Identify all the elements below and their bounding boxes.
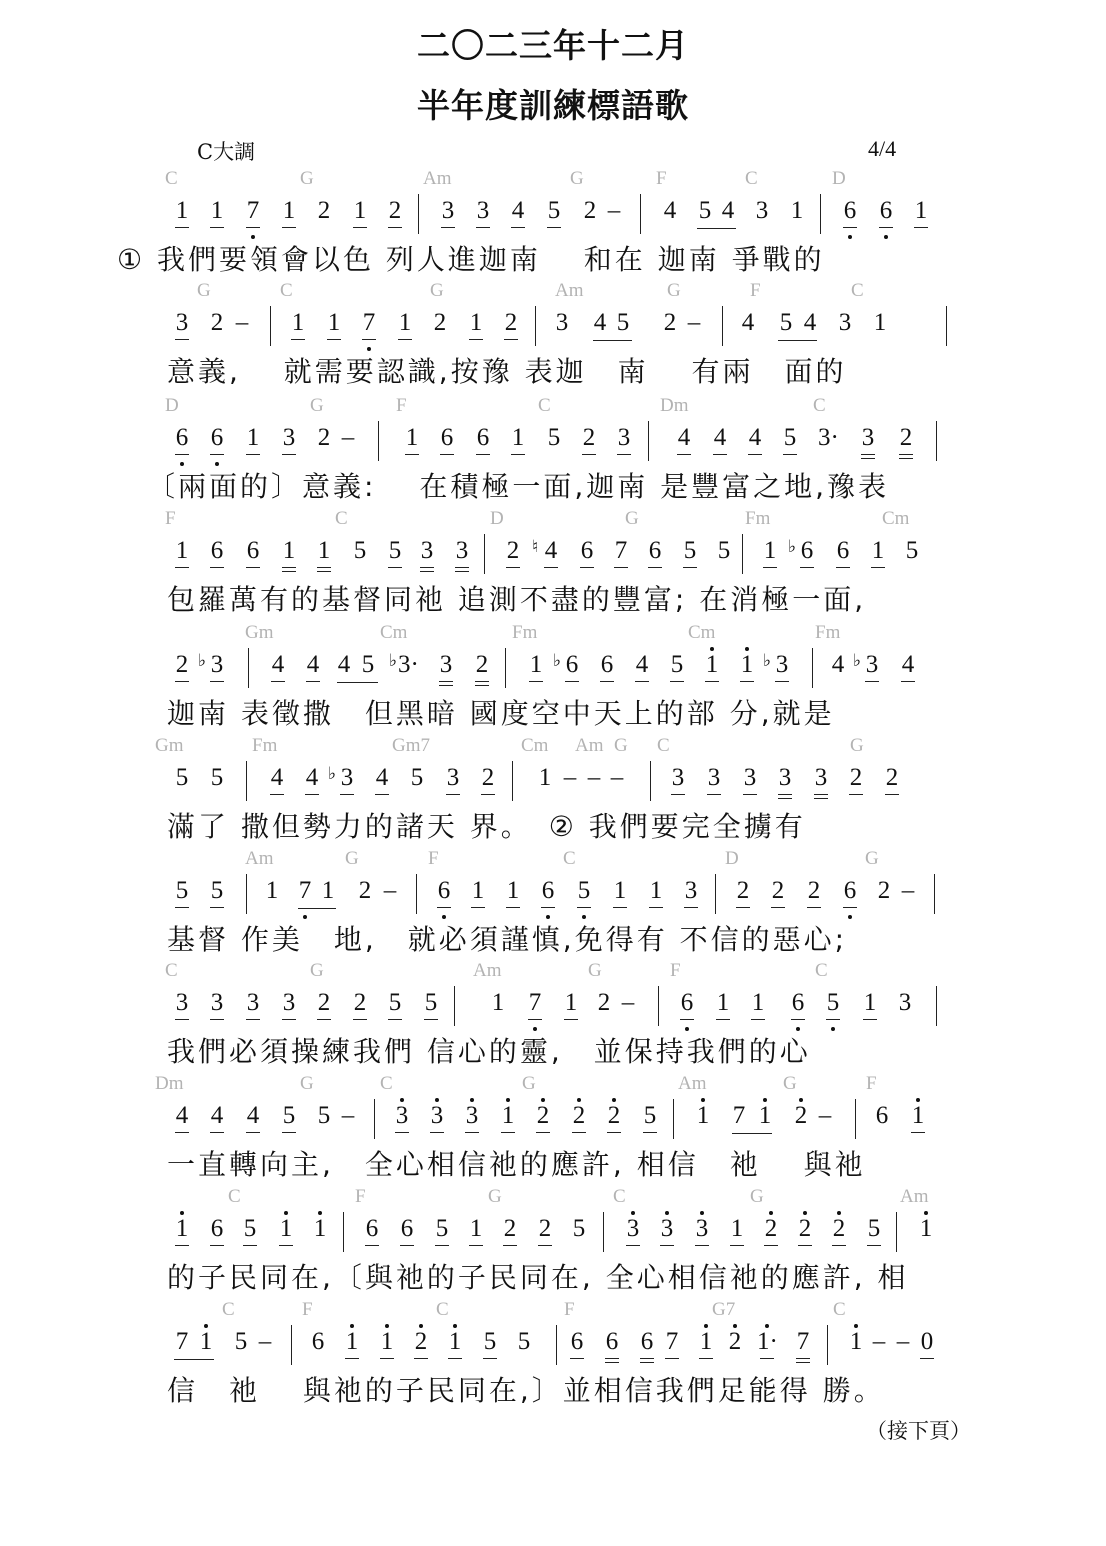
chord-symbol: C <box>745 168 758 190</box>
underline-eighth <box>210 454 224 455</box>
score-system: GCGAmGFC32–11712123452–45431意義, 就需要認識,按豫… <box>0 280 1106 393</box>
underline-sixteenth <box>814 798 828 799</box>
note: 3 <box>243 988 263 1028</box>
note-number: 2 <box>850 764 863 791</box>
chord-symbol: Cm <box>380 622 407 644</box>
note-number: 5 <box>784 424 797 451</box>
chord-symbol: D <box>832 168 846 190</box>
note-number: 3 <box>661 1215 674 1242</box>
note: 3 <box>858 423 878 463</box>
underline-eighth <box>843 227 857 228</box>
high-octave-dot <box>733 1324 737 1328</box>
underline-eighth <box>405 454 419 455</box>
high-octave-dot <box>612 1098 616 1102</box>
note: 3 <box>740 763 760 803</box>
song-title: 半年度訓練標語歌 <box>0 80 1106 127</box>
high-octave-dot <box>180 1211 184 1215</box>
note-number: 7 <box>797 1328 810 1355</box>
note-number: 1 <box>706 651 719 678</box>
underline-eighth <box>175 1019 189 1020</box>
underline-eighth <box>778 794 792 795</box>
note-number: 5 <box>518 1328 531 1355</box>
note: 7 <box>525 988 545 1028</box>
note: 5 <box>480 1327 500 1367</box>
underline-eighth <box>865 681 879 682</box>
underline-eighth <box>448 1358 462 1359</box>
note-number: 4 <box>545 537 558 564</box>
high-octave-dot <box>765 1324 769 1328</box>
note: 2 <box>733 876 753 916</box>
note-number: 5 <box>684 537 697 564</box>
underline-eighth <box>365 1245 379 1246</box>
underline-eighth <box>716 1019 730 1020</box>
note-number: 2 <box>359 877 372 904</box>
note: 3♭ <box>862 650 882 690</box>
high-octave-dot <box>631 1211 635 1215</box>
note-number: 4 <box>722 197 735 224</box>
barline <box>936 421 937 461</box>
note-number: 5 <box>671 651 684 678</box>
note-number: – <box>564 764 577 791</box>
note-number: 1 <box>472 877 485 904</box>
note-number: 1 <box>539 764 552 791</box>
lyric-line: 滿了 撒但勢力的諸天 界。 ② 我們要完全擄有 <box>167 805 806 845</box>
note: 2 <box>500 1214 520 1254</box>
note: 1 <box>713 988 733 1028</box>
note: 5 <box>864 1214 884 1254</box>
underline-eighth <box>340 794 354 795</box>
chord-symbol: C <box>165 168 178 190</box>
underline-eighth <box>617 454 631 455</box>
chord-symbol: G <box>588 960 602 982</box>
underline-eighth <box>570 1358 584 1359</box>
dash-extension: – <box>338 423 358 463</box>
key-signature: C大調 <box>197 136 255 166</box>
note-number: 2 <box>537 1102 550 1129</box>
note-number: 1 <box>292 309 305 336</box>
note-number: 2 <box>415 1328 428 1355</box>
note-number: 1 <box>200 1328 213 1355</box>
note: 3 <box>692 1214 712 1254</box>
score-system: AmGFCDG551712–6116511322262–基督 作美 地, 就必須… <box>0 848 1106 961</box>
barline <box>648 421 649 461</box>
note: 2 <box>761 1214 781 1254</box>
underline-eighth <box>582 454 596 455</box>
note-number: 6 <box>312 1328 325 1355</box>
note: 5 <box>172 763 192 803</box>
chord-symbol: G <box>310 395 324 417</box>
note: 4 <box>268 650 288 690</box>
time-signature: 4/4 <box>868 136 896 162</box>
note-number: – <box>819 1102 832 1129</box>
note-number: 5 <box>906 537 919 564</box>
note: 6 <box>577 536 597 576</box>
note: 3 <box>436 650 456 690</box>
note: 1 <box>466 308 486 348</box>
chord-symbol: Am <box>245 848 274 870</box>
note-number: 2 <box>504 1215 517 1242</box>
note-number: 6 <box>649 537 662 564</box>
low-octave-dot <box>884 235 888 239</box>
note-number: 5 <box>718 537 731 564</box>
flat-sign: ♭ <box>853 646 861 676</box>
note-number: 1 <box>791 197 804 224</box>
note: 4 <box>738 308 758 348</box>
note: 2 <box>846 763 866 803</box>
note: 5 <box>823 988 843 1028</box>
underline-eighth <box>353 1019 367 1020</box>
underline-eighth <box>670 681 684 682</box>
note-number: 6 <box>837 537 850 564</box>
note: 6 <box>207 1214 227 1254</box>
underline-eighth <box>398 339 412 340</box>
note: 3♭ <box>337 763 357 803</box>
note: 4 <box>372 763 392 803</box>
barline <box>820 194 821 234</box>
barline <box>484 534 485 574</box>
chord-symbol: G <box>850 735 864 757</box>
note: 4 <box>898 650 918 690</box>
note: 4 <box>508 196 528 236</box>
note: 3 <box>443 763 463 803</box>
note-number: 2 <box>664 309 677 336</box>
note-number: 5 <box>436 1215 449 1242</box>
note: 6 <box>637 1327 657 1367</box>
underline-eighth <box>911 1132 925 1133</box>
high-octave-dot <box>204 1324 208 1328</box>
note: 1 <box>908 1101 928 1141</box>
note-number: 5 <box>176 764 189 791</box>
underline-eighth <box>836 567 850 568</box>
note: 2 <box>535 1214 555 1254</box>
underline-eighth <box>282 227 296 228</box>
note: 6 <box>538 876 558 916</box>
note: 4 <box>660 196 680 236</box>
chord-symbol: Gm7 <box>392 735 430 757</box>
underline-eighth <box>740 681 754 682</box>
lyric-line: 〔兩面的〕意義: 在積極一面,迦南 是豐富之地,豫表 <box>147 465 889 505</box>
underline-eighth <box>901 681 915 682</box>
note-number: – <box>897 1328 910 1355</box>
chord-symbol: C <box>613 1186 626 1208</box>
lyric-line: 迦南 表徵撒 但黑暗 國度空中天上的部 分,就是 <box>167 692 835 732</box>
note-number: 2 <box>507 537 520 564</box>
chord-symbol: F <box>355 1186 366 1208</box>
note-number: 3 <box>862 424 875 451</box>
underline-eighth <box>648 567 662 568</box>
note: 6 <box>172 423 192 463</box>
note-number: 2 <box>808 877 821 904</box>
note: 1 <box>488 988 508 1028</box>
underline-eighth <box>380 1358 394 1359</box>
underline-eighth <box>849 794 863 795</box>
note: 1 <box>693 1101 713 1141</box>
note-number: 6 <box>401 1215 414 1242</box>
underline-eighth <box>832 1245 846 1246</box>
note: 5 <box>172 876 192 916</box>
underline-eighth <box>476 454 490 455</box>
note: 3 <box>681 876 701 916</box>
note: 6♭ <box>562 650 582 690</box>
dash-extension: – <box>607 763 627 803</box>
chord-symbol: G <box>197 280 211 302</box>
underline-eighth <box>506 567 520 568</box>
note: 1 <box>526 650 546 690</box>
note-number: 5 <box>548 197 561 224</box>
note-number: 3 <box>708 764 721 791</box>
note: 4 <box>674 423 694 463</box>
barline <box>416 874 417 914</box>
note-number: – <box>611 764 624 791</box>
barline <box>715 874 716 914</box>
underline-eighth <box>353 227 367 228</box>
note-number: 3 <box>477 197 490 224</box>
underline-eighth <box>175 1132 189 1133</box>
barline <box>640 194 641 234</box>
note: 1 <box>737 650 757 690</box>
underline-eighth <box>469 1245 483 1246</box>
note-number: 4 <box>832 651 845 678</box>
note-number: 7 <box>529 989 542 1016</box>
underline-eighth <box>430 1132 444 1133</box>
chord-symbol: Fm <box>815 622 840 644</box>
note-number: 2 <box>795 1102 808 1129</box>
note-number: 5 <box>573 1215 586 1242</box>
underline-eighth <box>564 1019 578 1020</box>
note-number: 2 <box>799 1215 812 1242</box>
note: 1 <box>288 308 308 348</box>
note-number: 1 <box>176 197 189 224</box>
barline <box>246 761 247 801</box>
note: 2 <box>350 988 370 1028</box>
underline-eighth <box>210 1245 224 1246</box>
underline-eighth <box>210 567 224 568</box>
note-number: 1 <box>920 1215 933 1242</box>
underline-eighth <box>640 1358 654 1359</box>
note-number: 7 <box>615 537 628 564</box>
underline-eighth <box>643 1132 657 1133</box>
underline-eighth <box>748 454 762 455</box>
note: 6 <box>645 536 665 576</box>
lyric-line: 基督 作美 地, 就必須謹慎,免得有 不信的惡心; <box>167 918 847 958</box>
note: 5 <box>613 308 633 348</box>
note: 4 <box>334 650 354 690</box>
score-system: GmFmGm7CmAmGCG55443♭45321–––3333322滿了 撒但… <box>0 735 1106 848</box>
lyric-line: 信 祂 與祂的子民同在,〕並相信我們足能得 勝。 <box>167 1369 885 1409</box>
note: 1 <box>760 536 780 576</box>
note-number: 5 <box>548 424 561 451</box>
barline <box>556 1325 557 1365</box>
note-number: 3 <box>779 764 792 791</box>
note: 3 <box>172 988 192 1028</box>
chord-symbol: G <box>614 735 628 757</box>
beam-line <box>298 908 336 909</box>
note: 2 <box>804 876 824 916</box>
note-number: 6 <box>876 1102 889 1129</box>
underline-eighth <box>707 794 721 795</box>
flat-sign: ♭ <box>553 646 561 676</box>
note: 1 <box>860 988 880 1028</box>
underline-eighth <box>282 1019 296 1020</box>
lyric-line: 一直轉向主, 全心相信祂的應許, 相信 祂 與祂 <box>167 1143 866 1183</box>
underline-eighth <box>899 454 913 455</box>
note: 1 <box>445 1327 465 1367</box>
note-number: 6 <box>247 537 260 564</box>
note-number: 4 <box>211 1102 224 1129</box>
note-number: – <box>902 877 915 904</box>
flat-sign: ♭ <box>788 532 796 562</box>
note-number: 2 <box>505 309 518 336</box>
note: 1 <box>342 1327 362 1367</box>
note-number: 5 <box>176 877 189 904</box>
note: 6 <box>788 988 808 1028</box>
underline-eighth <box>580 567 594 568</box>
note: 6 <box>597 650 617 690</box>
note: 1 <box>561 988 581 1028</box>
underline-eighth <box>282 1132 296 1133</box>
underline-eighth <box>246 1132 260 1133</box>
note-number: 1 <box>176 1215 189 1242</box>
underline-eighth <box>395 1132 409 1133</box>
note-number: 1 <box>283 197 296 224</box>
underline-eighth <box>796 1358 810 1359</box>
note-number: – <box>259 1328 272 1355</box>
note-number: 4 <box>247 1102 260 1129</box>
note: 3 <box>427 1101 447 1141</box>
note: 5 <box>421 988 441 1028</box>
beam-line <box>337 682 378 683</box>
underline-eighth <box>920 1358 934 1359</box>
note-number: 6 <box>601 651 614 678</box>
note-number: 5 <box>484 1328 497 1355</box>
note-number: 1 <box>211 197 224 224</box>
underline-sixteenth <box>317 571 331 572</box>
note: 5 <box>902 536 922 576</box>
note-number: 1 <box>700 1328 713 1355</box>
note: 3 <box>704 763 724 803</box>
chord-symbol: D <box>165 395 179 417</box>
note-number: 3 <box>176 309 189 336</box>
underline-eighth <box>270 794 284 795</box>
note-number: 4 <box>271 764 284 791</box>
note-number: 1 <box>507 877 520 904</box>
note: 5 <box>714 536 734 576</box>
note: 7 <box>729 1101 749 1141</box>
note: 3 <box>895 988 915 1028</box>
note: 5 <box>407 763 427 803</box>
note-number: 3 <box>839 309 852 336</box>
underline-eighth <box>465 1132 479 1133</box>
note: 3 <box>438 196 458 236</box>
underline-sixteenth <box>778 798 792 799</box>
chord-symbol: G <box>522 1073 536 1095</box>
underline-eighth <box>279 1245 293 1246</box>
underline-eighth <box>210 681 224 682</box>
note: 2 <box>882 763 902 803</box>
note: 3 <box>668 763 688 803</box>
note-number: 6 <box>211 424 224 451</box>
underline-eighth <box>814 794 828 795</box>
note-number: 4 <box>804 309 817 336</box>
underline-eighth <box>529 681 543 682</box>
underline-eighth <box>544 567 558 568</box>
note: 6 <box>840 876 860 916</box>
note-number: 6 <box>792 989 805 1016</box>
note-number: 2 <box>608 1102 621 1129</box>
chord-symbol: C <box>380 1073 393 1095</box>
note: 1 <box>846 1327 866 1367</box>
dash-extension: – <box>684 308 704 348</box>
note-number: 2 <box>318 424 331 451</box>
note: 1 <box>262 876 282 916</box>
note-number: 6 <box>844 877 857 904</box>
note-number: 3 <box>685 877 698 904</box>
underline-eighth <box>305 794 319 795</box>
underline-eighth <box>435 1245 449 1246</box>
flat-sign: ♭ <box>389 646 397 676</box>
underline-eighth <box>282 567 296 568</box>
underline-sixteenth <box>640 1362 654 1363</box>
note: 1 <box>324 308 344 348</box>
note: 1 <box>755 1101 775 1141</box>
high-octave-dot <box>284 1211 288 1215</box>
underline-eighth <box>210 227 224 228</box>
dash-extension: – <box>815 1101 835 1141</box>
high-octave-dot <box>837 1211 841 1215</box>
high-octave-dot <box>924 1211 928 1215</box>
note: 2 <box>725 1327 745 1367</box>
note: 4 <box>207 1101 227 1141</box>
note: 4♮ <box>541 536 561 576</box>
note-number: 3 <box>247 989 260 1016</box>
note: 2 <box>768 876 788 916</box>
underline-eighth <box>175 681 189 682</box>
flat-sign: ♭ <box>763 646 771 676</box>
note: 3 <box>279 988 299 1028</box>
note: 2 <box>385 196 405 236</box>
note: 7 <box>172 1327 192 1367</box>
underline-eighth <box>867 1245 881 1246</box>
note-number: 1 <box>328 309 341 336</box>
chord-symbol: Am <box>423 168 452 190</box>
note: 6 <box>397 1214 417 1254</box>
chord-symbol: Gm <box>245 622 274 644</box>
high-octave-dot <box>506 1098 510 1102</box>
note: 3· <box>818 423 838 463</box>
underline-eighth <box>475 681 489 682</box>
underline-eighth <box>471 907 485 908</box>
score-system: CGAmGFC333322551712–6116513我們必須操練我們 信心的靈… <box>0 960 1106 1073</box>
note: 6 <box>308 1327 328 1367</box>
note-number: 5 <box>211 877 224 904</box>
note: 6 <box>207 536 227 576</box>
underline-eighth <box>476 227 490 228</box>
underline-eighth <box>800 567 814 568</box>
underline-eighth <box>613 907 627 908</box>
underline-sixteenth <box>439 685 453 686</box>
barline <box>248 648 249 688</box>
dash-extension: – <box>893 1327 913 1367</box>
note: 1 <box>377 1327 397 1367</box>
note-number: – <box>608 197 621 224</box>
note-number: 1 <box>399 309 412 336</box>
note: 5 <box>667 650 687 690</box>
note-number: 3 <box>815 764 828 791</box>
note: 1 <box>916 1214 936 1254</box>
barline <box>650 761 651 801</box>
underline-eighth <box>175 454 189 455</box>
note: 5 <box>780 423 800 463</box>
